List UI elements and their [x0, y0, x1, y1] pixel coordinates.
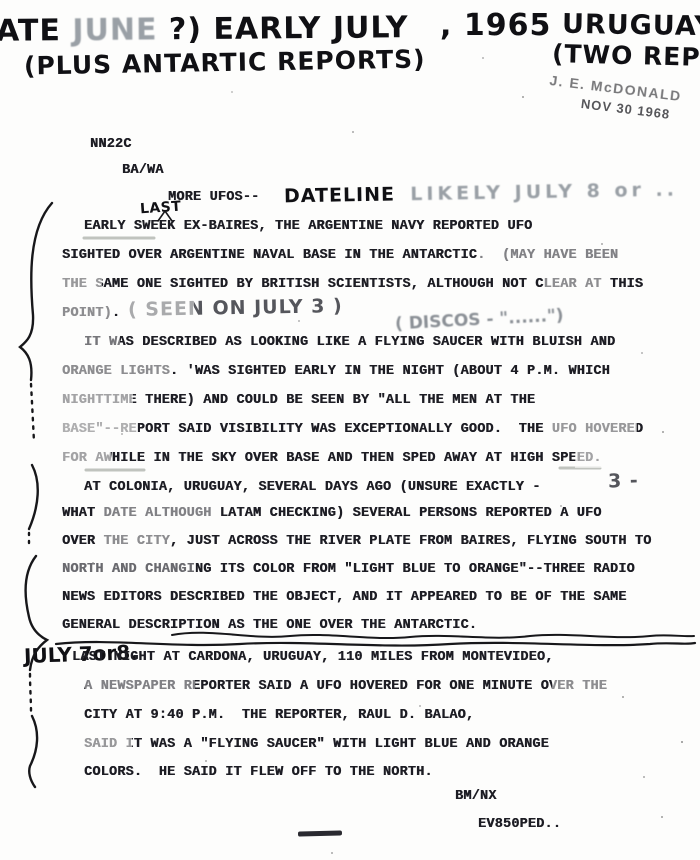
typed-line: GENERAL DESCRIPTION AS THE ONE OVER THE …: [62, 618, 477, 634]
typed-line: FOR AWHILE IN THE SKY OVER BASE AND THEN…: [62, 451, 602, 467]
wire-signoff: BM/NX: [455, 789, 497, 805]
header-title-clear: ATE: [0, 13, 61, 49]
typed-line: NEWS EDITORS DESCRIBED THE OBJECT, AND I…: [62, 590, 627, 606]
wire-code: NN22C: [90, 137, 132, 153]
header-title-rest: ?) EARLY JULY: [169, 10, 409, 47]
typed-line: EARLY SWEEK EX-BAIRES, THE ARGENTINE NAV…: [84, 219, 532, 235]
hw-discos-note: ( DISCOS - "......"): [395, 306, 564, 335]
hw-dateline-faint: LIKELY JULY 8 or ..: [410, 179, 678, 206]
typed-line: BASE"--REPORT SAID VISIBILITY WAS EXCEPT…: [62, 422, 643, 438]
typed-line: OVER THE CITY, JUST ACROSS THE RIVER PLA…: [62, 534, 651, 550]
scan-noise-specks: [0, 0, 2, 2]
header-title-faint: JUNE: [72, 12, 157, 48]
typed-line: SIGHTED OVER ARGENTINE NAVAL BASE IN THE…: [62, 248, 618, 264]
typed-line: WHAT DATE ALTHOUGH LATAM CHECKING) SEVER…: [62, 506, 602, 522]
wire-headline: MORE UFOS--: [168, 190, 259, 206]
typed-line: COLORS. HE SAID IT FLEW OFF TO THE NORTH…: [84, 765, 433, 781]
margin-curve-2: [29, 465, 38, 529]
typed-line: SAID IT WAS A "FLYING SAUCER" WITH LIGHT…: [84, 737, 549, 753]
hw-last-insert: LAST: [139, 199, 181, 218]
typed-line: POINT).: [62, 306, 120, 322]
typed-line: A NEWSPAPER REPORTER SAID A UFO HOVERED …: [84, 679, 607, 695]
margin-curve-4: [29, 716, 37, 787]
wire-footer-code: EV850PED..: [478, 817, 561, 833]
header-country: URUGUAY: [562, 9, 700, 43]
typed-line: AT COLONIA, URUGUAY, SEVERAL DAYS AGO (U…: [84, 480, 541, 496]
margin-brace-top-tail: [31, 384, 34, 442]
hw-dateline-note: DATELINE LIKELY JULY 8 or ..: [284, 179, 678, 208]
wavy-separator: [56, 642, 695, 646]
typed-line: ORANGE LIGHTS. 'WAS SIGHTED EARLY IN THE…: [62, 364, 610, 380]
hw-dateline-clear: DATELINE: [284, 184, 395, 208]
hw-seen-july3-note: ( SEEN ON JULY 3 ): [128, 295, 343, 321]
typed-line: IT WAS DESCRIBED AS LOOKING LIKE A FLYIN…: [84, 335, 615, 351]
received-stamp: J. E. McDONALD NOV 30 1968: [546, 72, 682, 123]
typed-line: NIGHTTIME THERE) AND COULD BE SEEN BY "A…: [62, 393, 535, 409]
wire-routing: BA/WA: [122, 163, 164, 179]
margin-brace-3-tail: [30, 674, 31, 712]
header-year: , 1965: [440, 8, 551, 43]
hw-margin-3-note: 3 -: [608, 469, 639, 492]
typed-line: CITY AT 9:40 P.M. THE REPORTER, RAUL D. …: [84, 708, 474, 724]
typed-line: THE SAME ONE SIGHTED BY BRITISH SCIENTIS…: [62, 277, 643, 293]
typed-line: LAST NIGHT AT CARDONA, URUGUAY, 110 MILE…: [72, 650, 553, 666]
header-subtitle-left: (PLUS ANTARTIC REPORTS): [24, 44, 426, 80]
bottom-ink-mark: [298, 830, 342, 836]
margin-brace-top: [20, 203, 52, 380]
typed-line: NORTH AND CHANGING ITS COLOR FROM "LIGHT…: [62, 562, 635, 578]
scanned-document-page: ATE JUNE ?) EARLY JULY , 1965 URUGUAY (P…: [0, 0, 700, 860]
header-subtitle-right: (TWO REPORTS: [552, 39, 700, 74]
header-title-left: ATE JUNE ?) EARLY JULY: [0, 10, 409, 49]
